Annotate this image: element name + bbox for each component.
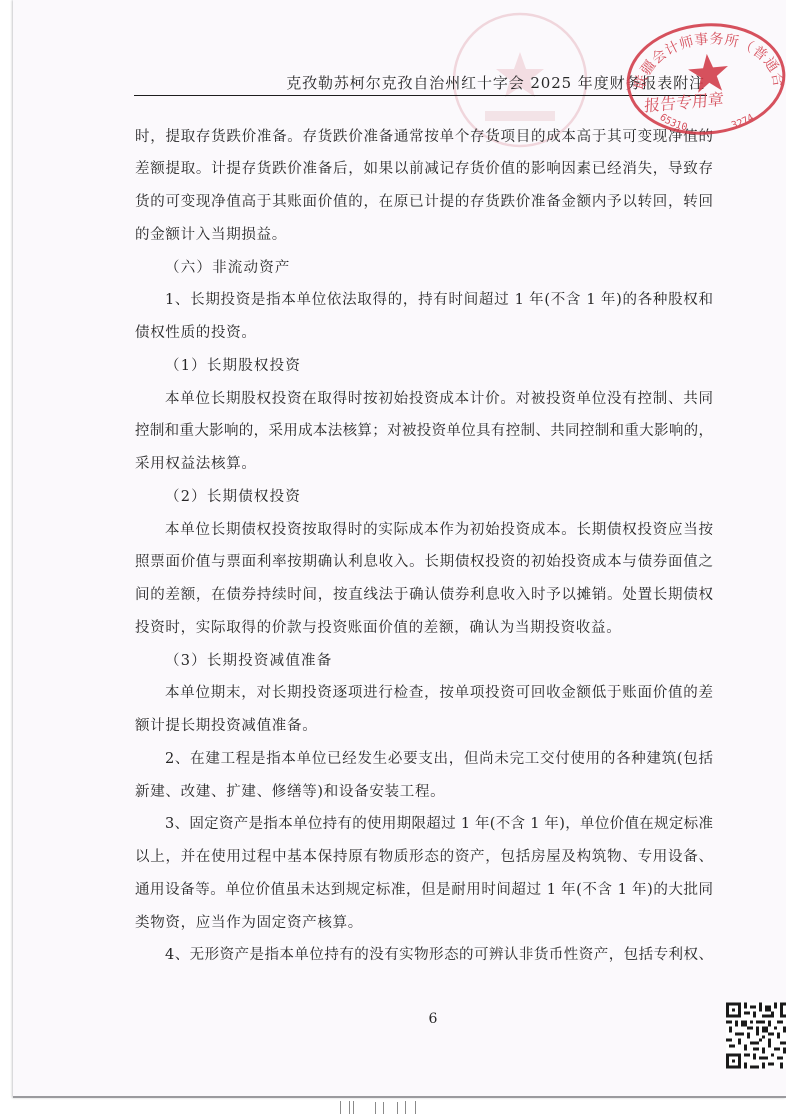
document-page: 克孜勒苏柯尔克孜自治州红十字会 2025 年度财务报表附注 时，提取存货跌价准备…: [13, 0, 786, 1098]
text-line: 额计提长期投资减值准备。: [135, 710, 713, 743]
text-line: 本单位期末，对长期投资逐项进行检查，按单项投资可回收金额低于账面价值的差: [135, 677, 713, 710]
subsection-heading: （2）长期债权投资: [135, 481, 713, 514]
accounting-firm-seal: 联疆会计师事务所（普通合伙） 报告专用章 65310 3274: [613, 8, 786, 148]
text-line: 本单位长期股权投资在取得时按初始投资成本计价。对被投资单位没有控制、共同: [135, 383, 713, 416]
text-line: 控制和重大影响的，采用成本法核算；对被投资单位具有控制、共同控制和重大影响的，: [135, 415, 713, 448]
text-line: 投资时，实际取得的价款与投资账面价值的差额，确认为当期投资收益。: [135, 612, 713, 645]
text-line: 采用权益法核算。: [135, 448, 713, 481]
text-line: 货的可变现净值高于其账面价值的，在原已计提的存货跌价准备金额内予以转回，转回: [135, 186, 713, 219]
section-heading: （六）非流动资产: [135, 252, 713, 285]
text-line: 类物资，应当作为固定资产核算。: [135, 907, 713, 940]
scan-marks: [335, 1099, 425, 1114]
subsection-heading: （1）长期股权投资: [135, 350, 713, 383]
text-line: 的金额计入当期损益。: [135, 219, 713, 252]
text-line: 3、固定资产是指本单位持有的使用期限超过 1 年(不含 1 年)，单位价值在规定…: [135, 808, 713, 841]
svg-text:3274: 3274: [730, 112, 757, 132]
document-body: 时，提取存货跌价准备。存货跌价准备通常按单个存货项目的成本高于其可变现净值的 差…: [135, 121, 713, 973]
qr-code-icon: [726, 1002, 786, 1069]
seal-label: 报告专用章: [644, 90, 725, 116]
text-line: 差额提取。计提存货跌价准备后，如果以前减记存货价值的影响因素已经消失，导致存: [135, 153, 713, 186]
text-line: 1、长期投资是指本单位依法取得的，持有时间超过 1 年(不含 1 年)的各种股权…: [135, 284, 713, 317]
text-line: 以上，并在使用过程中基本保持原有物质形态的资产，包括房屋及构筑物、专用设备、: [135, 841, 713, 874]
seal-number-right: 3274: [730, 112, 757, 132]
subsection-heading: （3）长期投资减值准备: [135, 645, 713, 678]
text-line: 照票面价值与票面利率按期确认利息收入。长期债权投资的初始投资成本与债券面值之: [135, 546, 713, 579]
text-line: 2、在建工程是指本单位已经发生必要支出，但尚未完工交付使用的各种建筑(包括: [135, 743, 713, 776]
text-line: 本单位长期债权投资按取得时的实际成本作为初始投资成本。长期债权投资应当按: [135, 514, 713, 547]
text-line: 4、无形资产是指本单位持有的没有实物形态的可辨认非货币性资产，包括专利权、: [135, 939, 713, 972]
text-line: 通用设备等。单位价值虽未达到规定标准，但是耐用时间超过 1 年(不含 1 年)的…: [135, 874, 713, 907]
text-line: 新建、改建、扩建、修缮等)和设备安装工程。: [135, 776, 713, 809]
star-icon: [687, 52, 730, 93]
page-number: 6: [423, 1008, 443, 1030]
text-line: 债权性质的投资。: [135, 317, 713, 350]
text-line: 间的差额，在债券持续时间，按直线法于确认债券利息收入时予以摊销。处置长期债权: [135, 579, 713, 612]
